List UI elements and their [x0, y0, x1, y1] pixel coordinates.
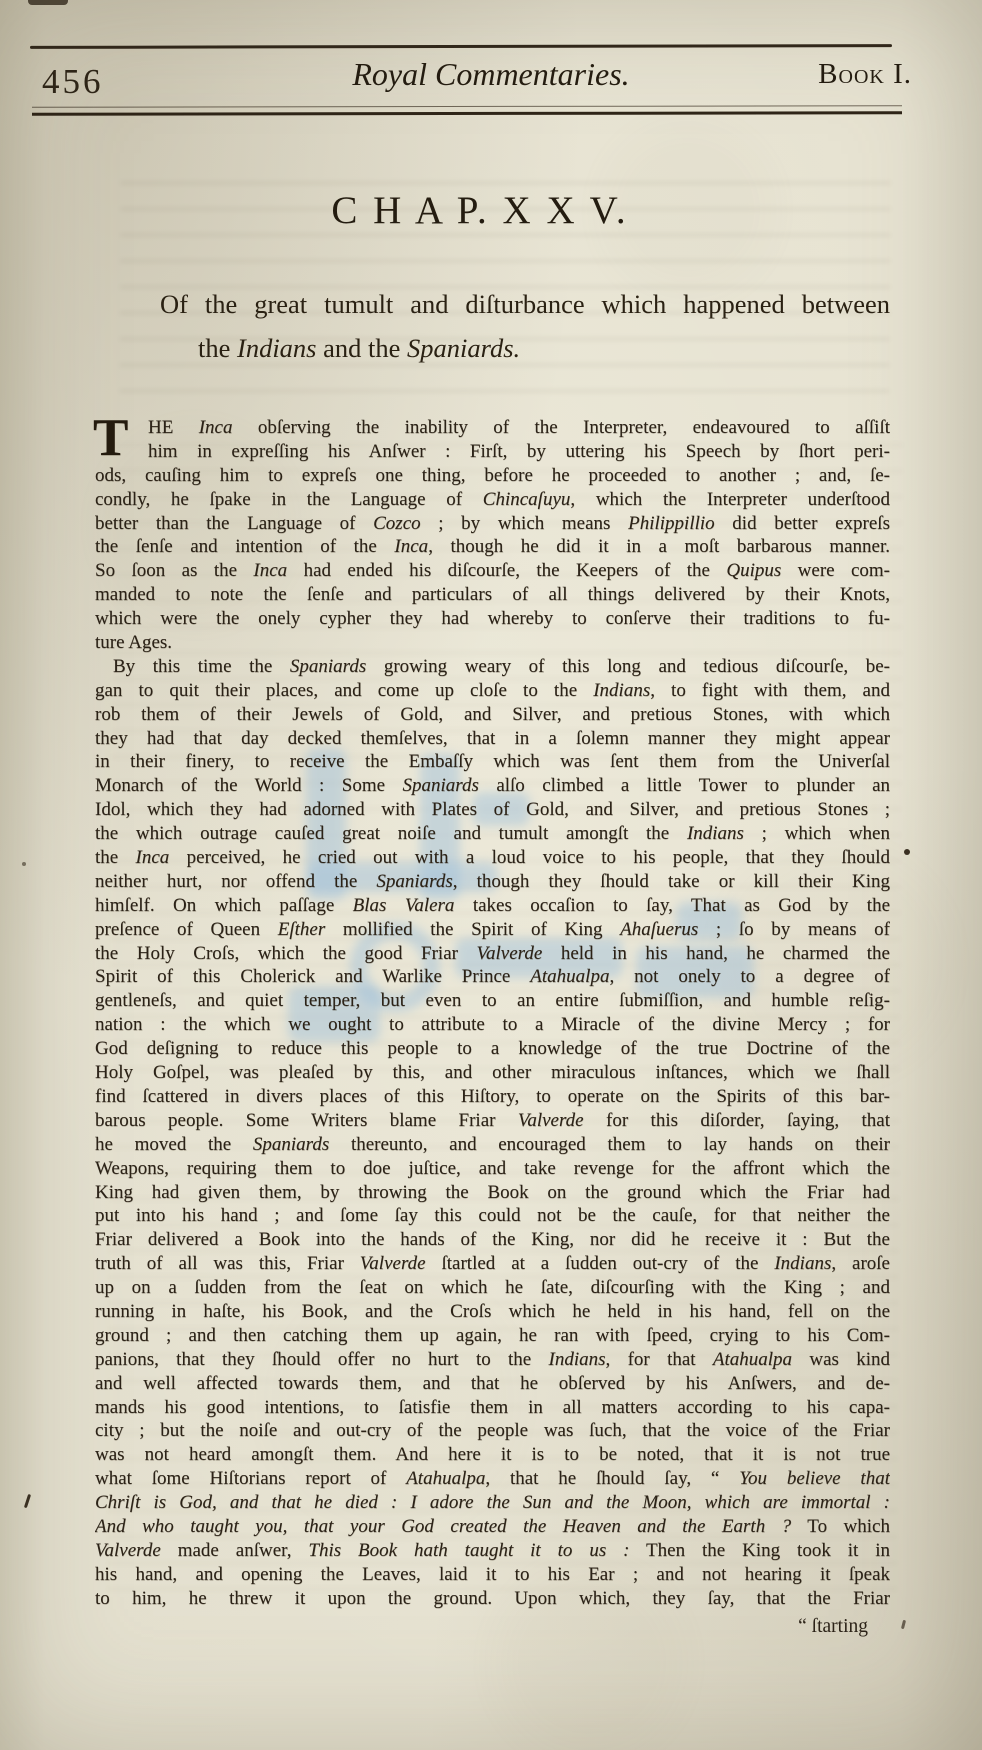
text-line: “Chriſt is God, and that he died : I ado…: [95, 1491, 890, 1515]
text-line: him in expreſſing his Anſwer : Firſt, by…: [95, 440, 890, 464]
text-line: Spirit of this Cholerick and Warlike Pri…: [95, 965, 890, 989]
chapter-heading: C H A P. X X V.: [0, 188, 960, 233]
text-line: Holy Goſpel, was pleaſed by this, and ot…: [95, 1061, 890, 1085]
text-line: preſence of Queen Eſther mollified the S…: [95, 918, 890, 942]
text-line: truth of all was this, Friar Valverde ſt…: [95, 1252, 890, 1276]
text-line: the which outrage cauſed great noiſe and…: [95, 822, 890, 846]
text-line: God deſigning to reduce this people to a…: [95, 1037, 890, 1061]
text-line: nation : the which we ought to attribute…: [95, 1013, 890, 1037]
text-line: rob them of their Jewels of Gold, and Si…: [95, 703, 890, 727]
text-line: himſelf. On which paſſage Blas Valera ta…: [95, 894, 890, 918]
text-line: neither hurt, nor offend the Spaniards, …: [95, 870, 890, 894]
text-line: what ſome Hiſtorians report of Atahualpa…: [95, 1467, 890, 1491]
text-line: Of the great tumult and diſturbance whic…: [160, 282, 890, 326]
text-line: was not heard amongſt them. And here it …: [95, 1443, 890, 1467]
text-line: ground ; and then catching them up again…: [95, 1324, 890, 1348]
text-line: in their finery, to receive the Embaſſy …: [95, 750, 890, 774]
text-line: gentleneſs, and quiet temper, but even t…: [95, 989, 890, 1013]
body-lines: HE Inca obſerving the inability of the I…: [95, 416, 890, 1611]
text-line: ods, cauſing him to expreſs one thing, b…: [95, 464, 890, 488]
text-line: By this time the Spaniards growing weary…: [95, 655, 890, 679]
text-line: So ſoon as the Inca had ended his diſcou…: [95, 559, 890, 583]
text-line: he moved the Spaniards thereunto, and en…: [95, 1133, 890, 1157]
text-line: they had that day decked themſelves, tha…: [95, 727, 890, 751]
text-line: King had given them, by throwing the Boo…: [95, 1181, 890, 1205]
text-line: put into his hand ; and ſome ſay this co…: [95, 1204, 890, 1228]
scan-edge-mark: [28, 0, 68, 5]
text-line: the ſenſe and intention of the Inca, tho…: [95, 535, 890, 559]
text-line: the Holy Croſs, which the good Friar Val…: [95, 942, 890, 966]
text-line: Monarch of the World : Some Spaniards al…: [95, 774, 890, 798]
text-line: which were the onely cypher they had whe…: [95, 607, 890, 631]
text-line: the Indians and the Spaniards.: [160, 326, 890, 370]
text-line: running in haſte, his Book, and the Croſ…: [95, 1300, 890, 1324]
ink-speck: [904, 849, 910, 855]
book-label: Book I.: [818, 58, 912, 91]
text-line: “to him, he threw it upon the ground. Up…: [95, 1587, 890, 1611]
ink-speck: [22, 862, 26, 866]
text-line: and well affected towards them, and that…: [95, 1372, 890, 1396]
catchword: “ ſtarting: [798, 1616, 868, 1638]
text-line: find ſcattered in divers places of this …: [95, 1085, 890, 1109]
header-double-rule: [32, 105, 902, 116]
text-line: Weapons, requiring them to doe juſtice, …: [95, 1157, 890, 1181]
ink-speck: [901, 1620, 906, 1629]
text-line: barous people. Some Writers blame Friar …: [95, 1109, 890, 1133]
text-line: manded to note the ſenſe and particulars…: [95, 583, 890, 607]
text-line: gan to quit their places, and come up cl…: [95, 679, 890, 703]
text-line: up on a ſudden from the ſeat on which he…: [95, 1276, 890, 1300]
text-line: condly, he ſpake in the Language of Chin…: [95, 488, 890, 512]
text-line: the Inca perceived, he cried out with a …: [95, 846, 890, 870]
book-page: 456 Royal Commentaries. Book I. C H A P.…: [0, 0, 982, 1750]
text-line: HE Inca obſerving the inability of the I…: [95, 416, 890, 440]
running-header: 456 Royal Commentaries. Book I.: [0, 56, 982, 106]
text-line: “his hand, and opening the Leaves, laid …: [95, 1563, 890, 1587]
text-line: “And who taught you, that your God creat…: [95, 1515, 890, 1539]
top-rule: [30, 44, 892, 49]
text-line: better than the Language of Cozco ; by w…: [95, 512, 890, 536]
text-line: ture Ages.: [95, 631, 890, 655]
text-line: mands his good intentions, to ſatisfie t…: [95, 1396, 890, 1420]
text-line: panions, that they ſhould offer no hurt …: [95, 1348, 890, 1372]
text-line: Friar delivered a Book into the hands of…: [95, 1228, 890, 1252]
margin-mark: [24, 1494, 31, 1508]
body-text: T HE Inca obſerving the inability of the…: [95, 416, 890, 1611]
text-line: Idol, which they had adorned with Plates…: [95, 798, 890, 822]
text-line: “Valverde made anſwer, This Book hath ta…: [95, 1539, 890, 1563]
chapter-subtitle: Of the great tumult and diſturbance whic…: [160, 282, 890, 370]
text-line: city ; but the noiſe and out-cry of the …: [95, 1419, 890, 1443]
